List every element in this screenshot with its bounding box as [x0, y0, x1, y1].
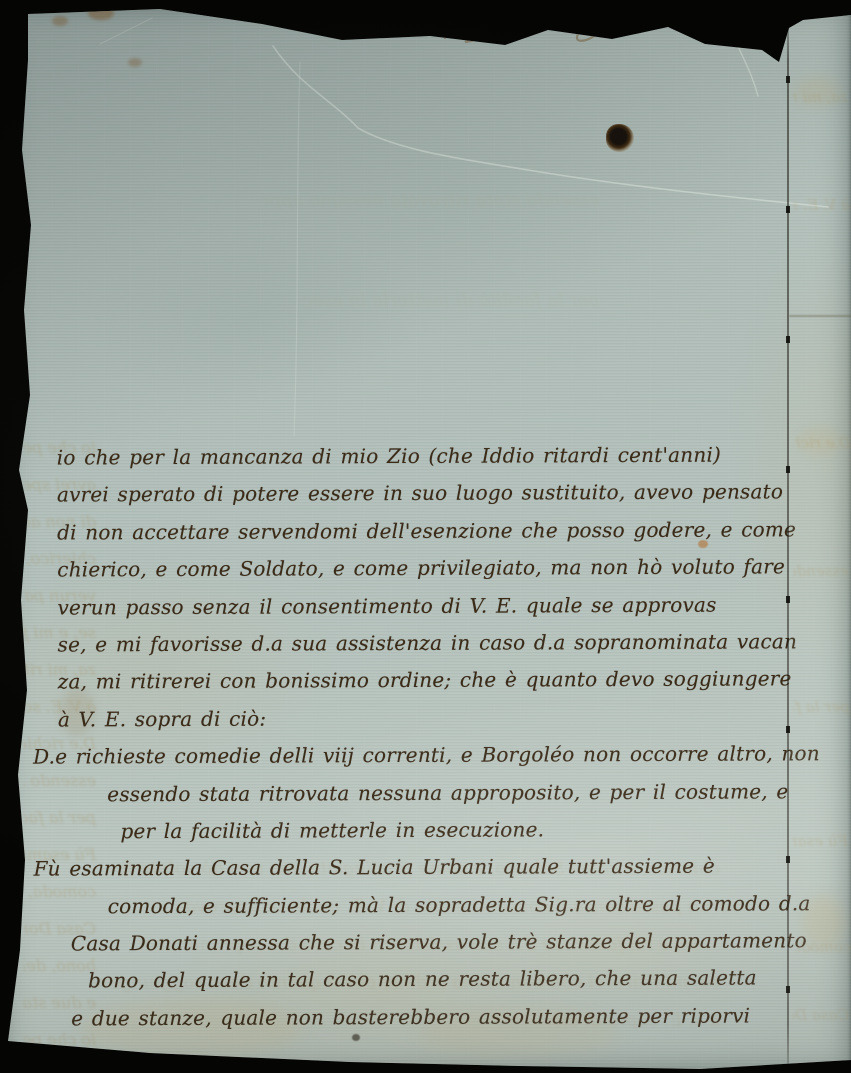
stain-spot [52, 16, 68, 26]
stain-spot [128, 58, 142, 67]
manuscript-line: D.e richieste comedie delli viij corrent… [33, 735, 800, 776]
manuscript-line: à V. E. sopra di ciò: [58, 698, 800, 739]
ink-blot [606, 124, 634, 152]
stain-spot [794, 76, 840, 106]
manuscript-line: se, e mi favorisse d.a sua assistenza in… [58, 623, 800, 664]
manuscript-line: Fù esaminata la Casa della S. Lucia Urba… [33, 848, 800, 889]
bleedthrough-text: Casa Donati annessa che si riserva, vole… [793, 1006, 849, 1029]
manuscript-line: chierico, e come Soldato, e come privile… [57, 548, 799, 589]
manuscript-line: comoda, e sufficiente; mà la sopradetta … [108, 885, 801, 925]
stain-spot [88, 6, 114, 20]
crease-lines [100, 18, 828, 436]
bleedthrough-text: essendo stata ritrovata nessuna appropos… [793, 562, 849, 585]
bleedthrough-text: à V. E. sopra di ciò: [794, 196, 850, 219]
binding-fold-stitch-line [787, 18, 789, 1066]
ruled-line-right-strip [789, 315, 851, 317]
bleedthrough-text: per la facilità di metterle in esecuzion… [300, 290, 600, 317]
manuscript-line: e due stanze, quale non basterebbero ass… [71, 997, 801, 1038]
manuscript-line: io che per la mancanza di mio Zio (che I… [57, 436, 799, 477]
manuscript-paper: io che per la mancanza di mio Zio (che I… [0, 0, 851, 1073]
letter-text-block: io che per la mancanza di mio Zio (che I… [0, 436, 801, 1038]
faded-ink-annotation [445, 15, 611, 42]
manuscript-line: di non accettare servendomi dell'esenzio… [57, 511, 799, 552]
bleedthrough-text: per la facilità di metterle in esecuzion… [794, 698, 850, 721]
manuscript-line: avrei sperato di potere essere in suo lu… [57, 474, 799, 515]
manuscript-line: Casa Donati annessa che si riserva, vole… [71, 922, 801, 963]
bleedthrough-text: D.e richieste comedie delli viij corrent… [795, 434, 851, 457]
photo-background: io che per la mancanza di mio Zio (che I… [0, 0, 851, 1073]
manuscript-line: za, mi ritirerei con bonissimo ordine; c… [58, 661, 800, 702]
manuscript-line: verun passo senza il consentimento di V.… [57, 586, 799, 627]
manuscript-line: bono, del quale in tal caso non ne resta… [88, 960, 801, 1001]
manuscript-line: essendo stata ritrovata nessuna appropos… [107, 773, 800, 813]
stain-spot [798, 428, 840, 454]
bleedthrough-text: essendo stata ritrovata nessuna appropos… [260, 190, 600, 217]
bleedthrough-text: za, mi ritirerei con bonissimo ordine; c… [792, 88, 848, 111]
manuscript-line: per la facilità di metterle in esecuzion… [120, 810, 800, 850]
